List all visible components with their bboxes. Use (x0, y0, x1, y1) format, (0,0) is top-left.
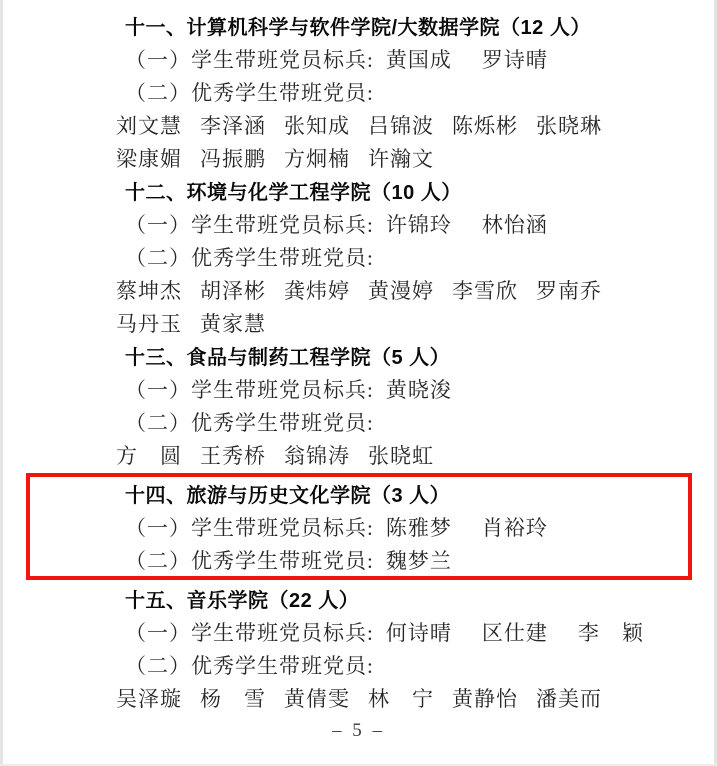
page-left-edge (0, 0, 3, 766)
model-members-line: （一）学生带班党员标兵: 黄国成罗诗晴 (0, 42, 717, 75)
name-row: 梁康媚冯振鹏方炯楠许瀚文 (0, 141, 717, 174)
person-name: 吕锦波 (368, 110, 434, 140)
section-title: 十二、环境与化学工程学院（10 人） (0, 174, 717, 207)
person-name: 杨 雪 (200, 683, 266, 713)
person-name: 刘文慧 (116, 110, 182, 140)
person-name: 陈烁彬 (452, 110, 518, 140)
person-name: 张知成 (284, 110, 350, 140)
person-name: 李雪欣 (452, 275, 518, 305)
person-name: 罗南乔 (536, 275, 602, 305)
person-name: 潘美而 (536, 683, 602, 713)
model-members-line: （一）学生带班党员标兵: 陈雅梦肖裕玲 (30, 510, 688, 543)
section-title: 十三、食品与制药工程学院（5 人） (0, 339, 717, 372)
outstanding-members-label: （二）优秀学生带班党员: (125, 545, 374, 575)
document-page: { "page": { "number_label": "– 5 –" }, "… (0, 0, 717, 766)
person-name: 黄漫婷 (368, 275, 434, 305)
document-content: 十一、计算机科学与软件学院/大数据学院（12 人） （一）学生带班党员标兵: 黄… (0, 0, 717, 747)
person-name: 黄晓浚 (386, 374, 452, 404)
section-title: 十四、旅游与历史文化学院（3 人） (30, 477, 688, 510)
model-members-line: （一）学生带班党员标兵: 何诗晴区仕建李 颖 (0, 615, 717, 648)
section-environment-chemistry: 十二、环境与化学工程学院（10 人） （一）学生带班党员标兵: 许锦玲林怡涵 （… (0, 174, 717, 339)
section-music: 十五、音乐学院（22 人） （一）学生带班党员标兵: 何诗晴区仕建李 颖 （二）… (0, 582, 717, 714)
model-members-names: 黄国成罗诗晴 (374, 44, 548, 74)
model-members-names: 许锦玲林怡涵 (374, 209, 548, 239)
name-row: 方 圆王秀桥翁锦涛张晓虹 (0, 438, 717, 471)
person-name: 蔡坤杰 (116, 275, 182, 305)
person-name: 张晓琳 (536, 110, 602, 140)
section-tourism-history: 十四、旅游与历史文化学院（3 人） （一）学生带班党员标兵: 陈雅梦肖裕玲 （二… (30, 477, 688, 576)
section-title: 十一、计算机科学与软件学院/大数据学院（12 人） (0, 9, 717, 42)
model-members-line: （一）学生带班党员标兵: 许锦玲林怡涵 (0, 207, 717, 240)
person-name: 方炯楠 (284, 143, 350, 173)
person-name: 罗诗晴 (482, 44, 548, 74)
person-name: 黄静怡 (452, 683, 518, 713)
person-name: 龚炜婷 (284, 275, 350, 305)
model-members-names: 陈雅梦肖裕玲 (374, 512, 548, 542)
person-name: 肖裕玲 (482, 512, 548, 542)
highlight-box: 十四、旅游与历史文化学院（3 人） （一）学生带班党员标兵: 陈雅梦肖裕玲 （二… (26, 473, 692, 580)
person-name: 黄倩雯 (284, 683, 350, 713)
outstanding-members-line: （二）优秀学生带班党员: 魏梦兰 (30, 543, 688, 576)
person-name: 翁锦涛 (284, 440, 350, 470)
outstanding-members-line: （二）优秀学生带班党员: (0, 405, 717, 438)
person-name: 胡泽彬 (200, 275, 266, 305)
person-name: 张晓虹 (368, 440, 434, 470)
person-name: 李 颖 (578, 617, 644, 647)
section-title: 十五、音乐学院（22 人） (0, 582, 717, 615)
person-name: 黄家慧 (200, 308, 266, 338)
person-name: 梁康媚 (116, 143, 182, 173)
model-members-label: （一）学生带班党员标兵: (125, 512, 374, 542)
person-name: 李泽涵 (200, 110, 266, 140)
outstanding-members-names: 魏梦兰 (374, 545, 452, 575)
model-members-names: 黄晓浚 (374, 374, 452, 404)
person-name: 许瀚文 (368, 143, 434, 173)
person-name: 林 宁 (368, 683, 434, 713)
outstanding-members-line: （二）优秀学生带班党员: (0, 648, 717, 681)
outstanding-members-label: （二）优秀学生带班党员: (125, 650, 374, 680)
model-members-label: （一）学生带班党员标兵: (125, 374, 374, 404)
name-row: 蔡坤杰胡泽彬龚炜婷黄漫婷李雪欣罗南乔 (0, 273, 717, 306)
outstanding-members-label: （二）优秀学生带班党员: (125, 407, 374, 437)
outstanding-members-line: （二）优秀学生带班党员: (0, 75, 717, 108)
person-name: 王秀桥 (200, 440, 266, 470)
model-members-label: （一）学生带班党员标兵: (125, 617, 374, 647)
person-name: 吴泽璇 (116, 683, 182, 713)
section-food-pharmacy: 十三、食品与制药工程学院（5 人） （一）学生带班党员标兵: 黄晓浚 （二）优秀… (0, 339, 717, 471)
person-name: 魏梦兰 (386, 545, 452, 575)
outstanding-members-line: （二）优秀学生带班党员: (0, 240, 717, 273)
name-row: 刘文慧李泽涵张知成吕锦波陈烁彬张晓琳 (0, 108, 717, 141)
person-name: 黄国成 (386, 44, 452, 74)
outstanding-members-label: （二）优秀学生带班党员: (125, 242, 374, 272)
person-name: 冯振鹏 (200, 143, 266, 173)
model-members-names: 何诗晴区仕建李 颖 (374, 617, 644, 647)
person-name: 马丹玉 (116, 308, 182, 338)
person-name: 陈雅梦 (386, 512, 452, 542)
name-row: 马丹玉黄家慧 (0, 306, 717, 339)
outstanding-members-label: （二）优秀学生带班党员: (125, 77, 374, 107)
page-number: – 5 – (0, 714, 717, 747)
person-name: 何诗晴 (386, 617, 452, 647)
name-row: 吴泽璇杨 雪黄倩雯林 宁黄静怡潘美而 (0, 681, 717, 714)
person-name: 许锦玲 (386, 209, 452, 239)
person-name: 方 圆 (116, 440, 182, 470)
model-members-label: （一）学生带班党员标兵: (125, 44, 374, 74)
model-members-line: （一）学生带班党员标兵: 黄晓浚 (0, 372, 717, 405)
person-name: 林怡涵 (482, 209, 548, 239)
person-name: 区仕建 (482, 617, 548, 647)
model-members-label: （一）学生带班党员标兵: (125, 209, 374, 239)
section-computer-science: 十一、计算机科学与软件学院/大数据学院（12 人） （一）学生带班党员标兵: 黄… (0, 9, 717, 174)
